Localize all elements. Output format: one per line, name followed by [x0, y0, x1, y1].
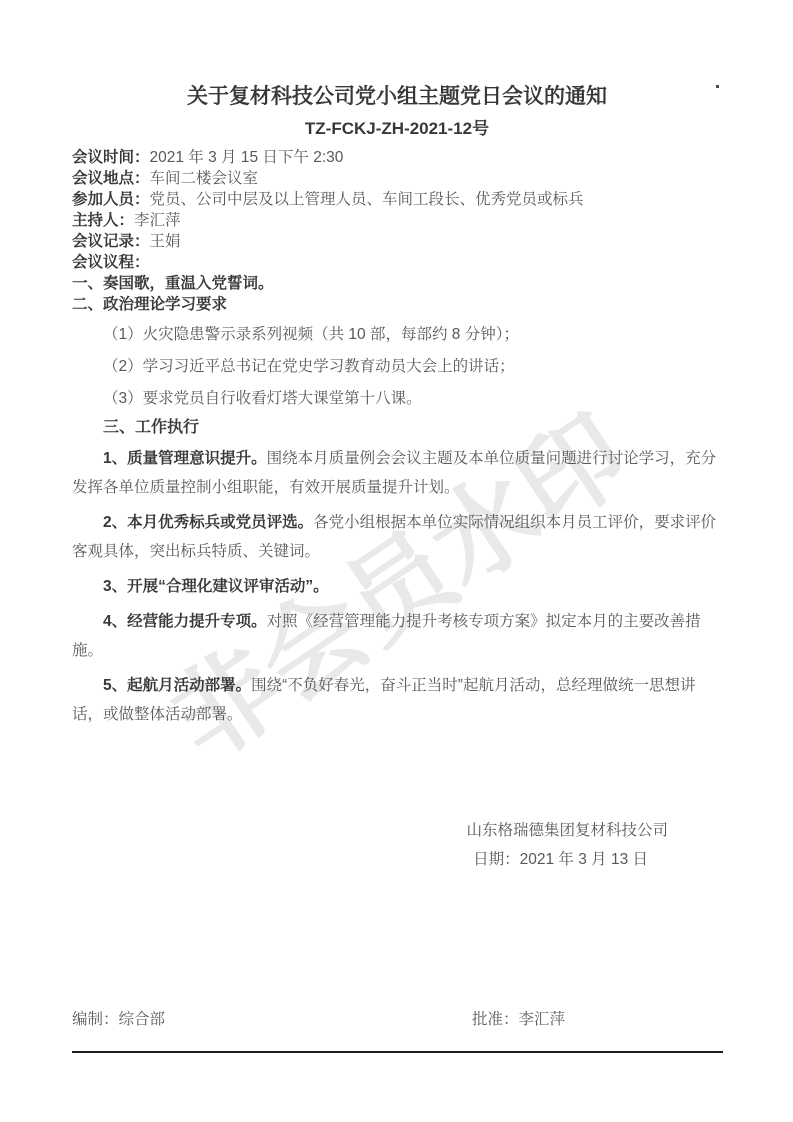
meta-label: 主持人： — [72, 212, 134, 229]
signoff-block: 山东格瑞德集团复材科技公司 日期：2021 年 3 月 13 日 — [72, 820, 723, 870]
agenda-sub-item-2: （2）学习习近平总书记在党史学习教育动员大会上的讲话； — [103, 356, 722, 377]
task-title: 2、本月优秀标兵或党员评选。 — [103, 514, 313, 531]
meta-label: 参加人员： — [72, 191, 150, 208]
signoff-date: 日期：2021 年 3 月 13 日 — [72, 849, 723, 870]
agenda-item-3: 三、工作执行 — [103, 417, 722, 438]
meta-row-recorder: 会议记录：王娟 — [72, 231, 722, 252]
meta-label: 会议记录： — [72, 233, 150, 250]
document-number: TZ-FCKJ-ZH-2021-12号 — [72, 119, 722, 139]
footer-prepared-by: 编制：综合部 — [72, 1010, 165, 1030]
meta-value: 王娟 — [150, 233, 181, 250]
meta-value: 党员、公司中层及以上管理人员、车间工段长、优秀党员或标兵 — [150, 191, 584, 208]
signoff-company: 山东格瑞德集团复材科技公司 — [72, 820, 723, 841]
agenda-item-2: 二、政治理论学习要求 — [72, 294, 722, 315]
document-page: 非会员水印 关于复材科技公司党小组主题党日会议的通知 TZ-FCKJ-ZH-20… — [0, 0, 793, 1122]
footer-approved-by: 批准：李汇萍 — [472, 1010, 565, 1030]
meta-value: 李汇萍 — [134, 212, 181, 229]
task-title: 4、经营能力提升专项。 — [103, 613, 267, 630]
meta-value: 2021 年 3 月 15 日下午 2:30 — [150, 149, 344, 166]
meta-row-location: 会议地点：车间二楼会议室 — [72, 168, 722, 189]
task-paragraph-3: 3、开展“合理化建议评审活动”。 — [72, 572, 722, 601]
agenda-heading: 会议议程： — [72, 252, 722, 273]
meta-label: 会议时间： — [72, 149, 150, 166]
task-paragraph-5: 5、起航月活动部署。围绕“不负好春光，奋斗正当时”起航月活动，总经理做统一思想讲… — [72, 671, 722, 729]
meta-value: 车间二楼会议室 — [150, 170, 259, 187]
footer-rule — [72, 1051, 723, 1053]
meta-label: 会议地点： — [72, 170, 150, 187]
task-title: 1、质量管理意识提升。 — [103, 450, 267, 467]
meta-section: 会议时间：2021 年 3 月 15 日下午 2:30 会议地点：车间二楼会议室… — [72, 147, 722, 252]
agenda-sub-item-1: （1）火灾隐患警示录系列视频（共 10 部，每部约 8 分钟）； — [103, 324, 722, 345]
stray-mark — [716, 85, 719, 88]
task-paragraph-1: 1、质量管理意识提升。围绕本月质量例会会议主题及本单位质量问题进行讨论学习，充分… — [72, 444, 722, 502]
task-paragraph-4: 4、经营能力提升专项。对照《经营管理能力提升考核专项方案》拟定本月的主要改善措施… — [72, 607, 722, 665]
meta-row-host: 主持人：李汇萍 — [72, 210, 722, 231]
meta-row-time: 会议时间：2021 年 3 月 15 日下午 2:30 — [72, 147, 722, 168]
document-content: 关于复材科技公司党小组主题党日会议的通知 TZ-FCKJ-ZH-2021-12号… — [0, 0, 793, 729]
task-paragraph-2: 2、本月优秀标兵或党员评选。各党小组根据本单位实际情况组织本月员工评价，要求评价… — [72, 508, 722, 566]
task-title: 3、开展“合理化建议评审活动”。 — [103, 578, 329, 595]
page-title: 关于复材科技公司党小组主题党日会议的通知 — [72, 84, 722, 110]
meta-row-participants: 参加人员：党员、公司中层及以上管理人员、车间工段长、优秀党员或标兵 — [72, 189, 722, 210]
task-title: 5、起航月活动部署。 — [103, 677, 251, 694]
agenda-sub-item-3: （3）要求党员自行收看灯塔大课堂第十八课。 — [103, 388, 722, 409]
agenda-item-1: 一、奏国歌，重温入党誓词。 — [72, 273, 722, 294]
